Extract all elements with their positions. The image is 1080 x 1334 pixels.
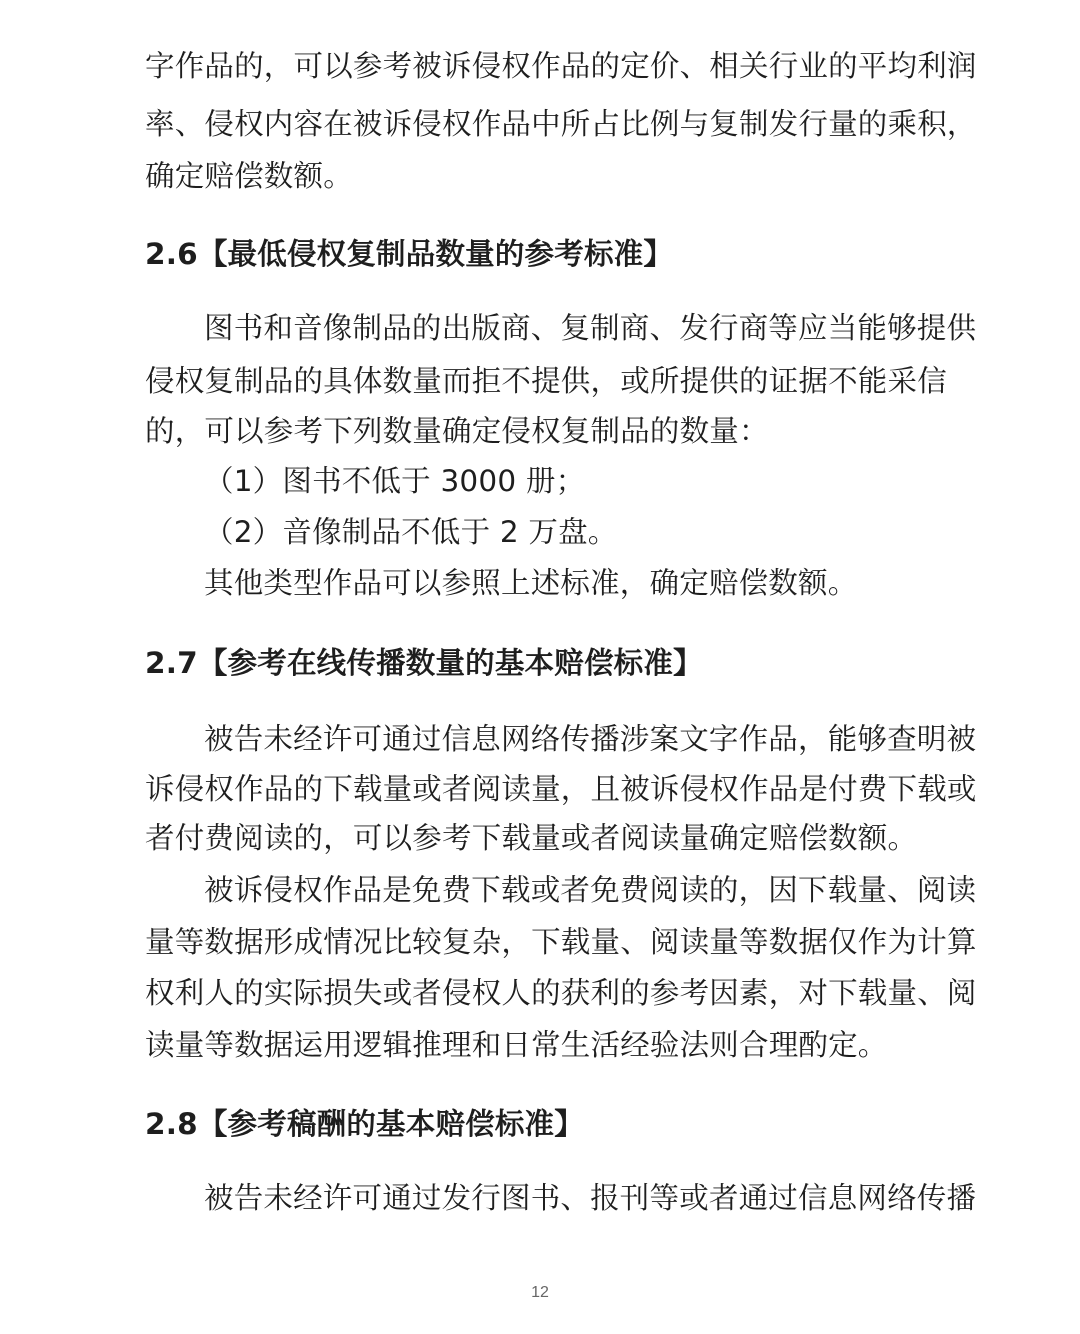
paragraph-line: 被告未经许可通过信息网络传播涉案文字作品，能够查明被 (204, 713, 955, 765)
section-heading-2-8: 2.8【参考稿酬的基本赔偿标准】 (145, 1098, 955, 1150)
paragraph-line: 诉侵权作品的下载量或者阅读量，且被诉侵权作品是付费下载或 (145, 763, 955, 815)
paragraph-line: 被告未经许可通过发行图书、报刊等或者通过信息网络传播 (204, 1172, 955, 1224)
section-heading-2-7: 2.7【参考在线传播数量的基本赔偿标准】 (145, 637, 955, 689)
paragraph-line: 读量等数据运用逻辑推理和日常生活经验法则合理酌定。 (145, 1019, 955, 1071)
paragraph-line: 量等数据形成情况比较复杂，下载量、阅读量等数据仅作为计算 (145, 916, 955, 968)
page-number: 12 (0, 1284, 1080, 1302)
paragraph-line: 确定赔偿数额。 (145, 150, 955, 202)
paragraph-line: 字作品的，可以参考被诉侵权作品的定价、相关行业的平均利润 (145, 40, 955, 92)
list-item: （1）图书不低于 3000 册； (204, 455, 1014, 507)
document-page: 字作品的，可以参考被诉侵权作品的定价、相关行业的平均利润 率、侵权内容在被诉侵权… (0, 0, 1080, 1334)
list-item: （2）音像制品不低于 2 万盘。 (204, 506, 1014, 558)
paragraph-line: 其他类型作品可以参照上述标准，确定赔偿数额。 (204, 557, 955, 609)
paragraph-line: 率、侵权内容在被诉侵权作品中所占比例与复制发行量的乘积， (145, 98, 955, 150)
paragraph-line: 的，可以参考下列数量确定侵权复制品的数量： (145, 405, 955, 457)
paragraph-line: 被诉侵权作品是免费下载或者免费阅读的，因下载量、阅读 (204, 864, 955, 916)
paragraph-line: 侵权复制品的具体数量而拒不提供，或所提供的证据不能采信 (145, 355, 955, 407)
section-heading-2-6: 2.6【最低侵权复制品数量的参考标准】 (145, 228, 955, 280)
paragraph-line: 者付费阅读的，可以参考下载量或者阅读量确定赔偿数额。 (145, 812, 955, 864)
paragraph-line: 图书和音像制品的出版商、复制商、发行商等应当能够提供 (204, 302, 955, 354)
paragraph-line: 权利人的实际损失或者侵权人的获利的参考因素，对下载量、阅 (145, 967, 955, 1019)
